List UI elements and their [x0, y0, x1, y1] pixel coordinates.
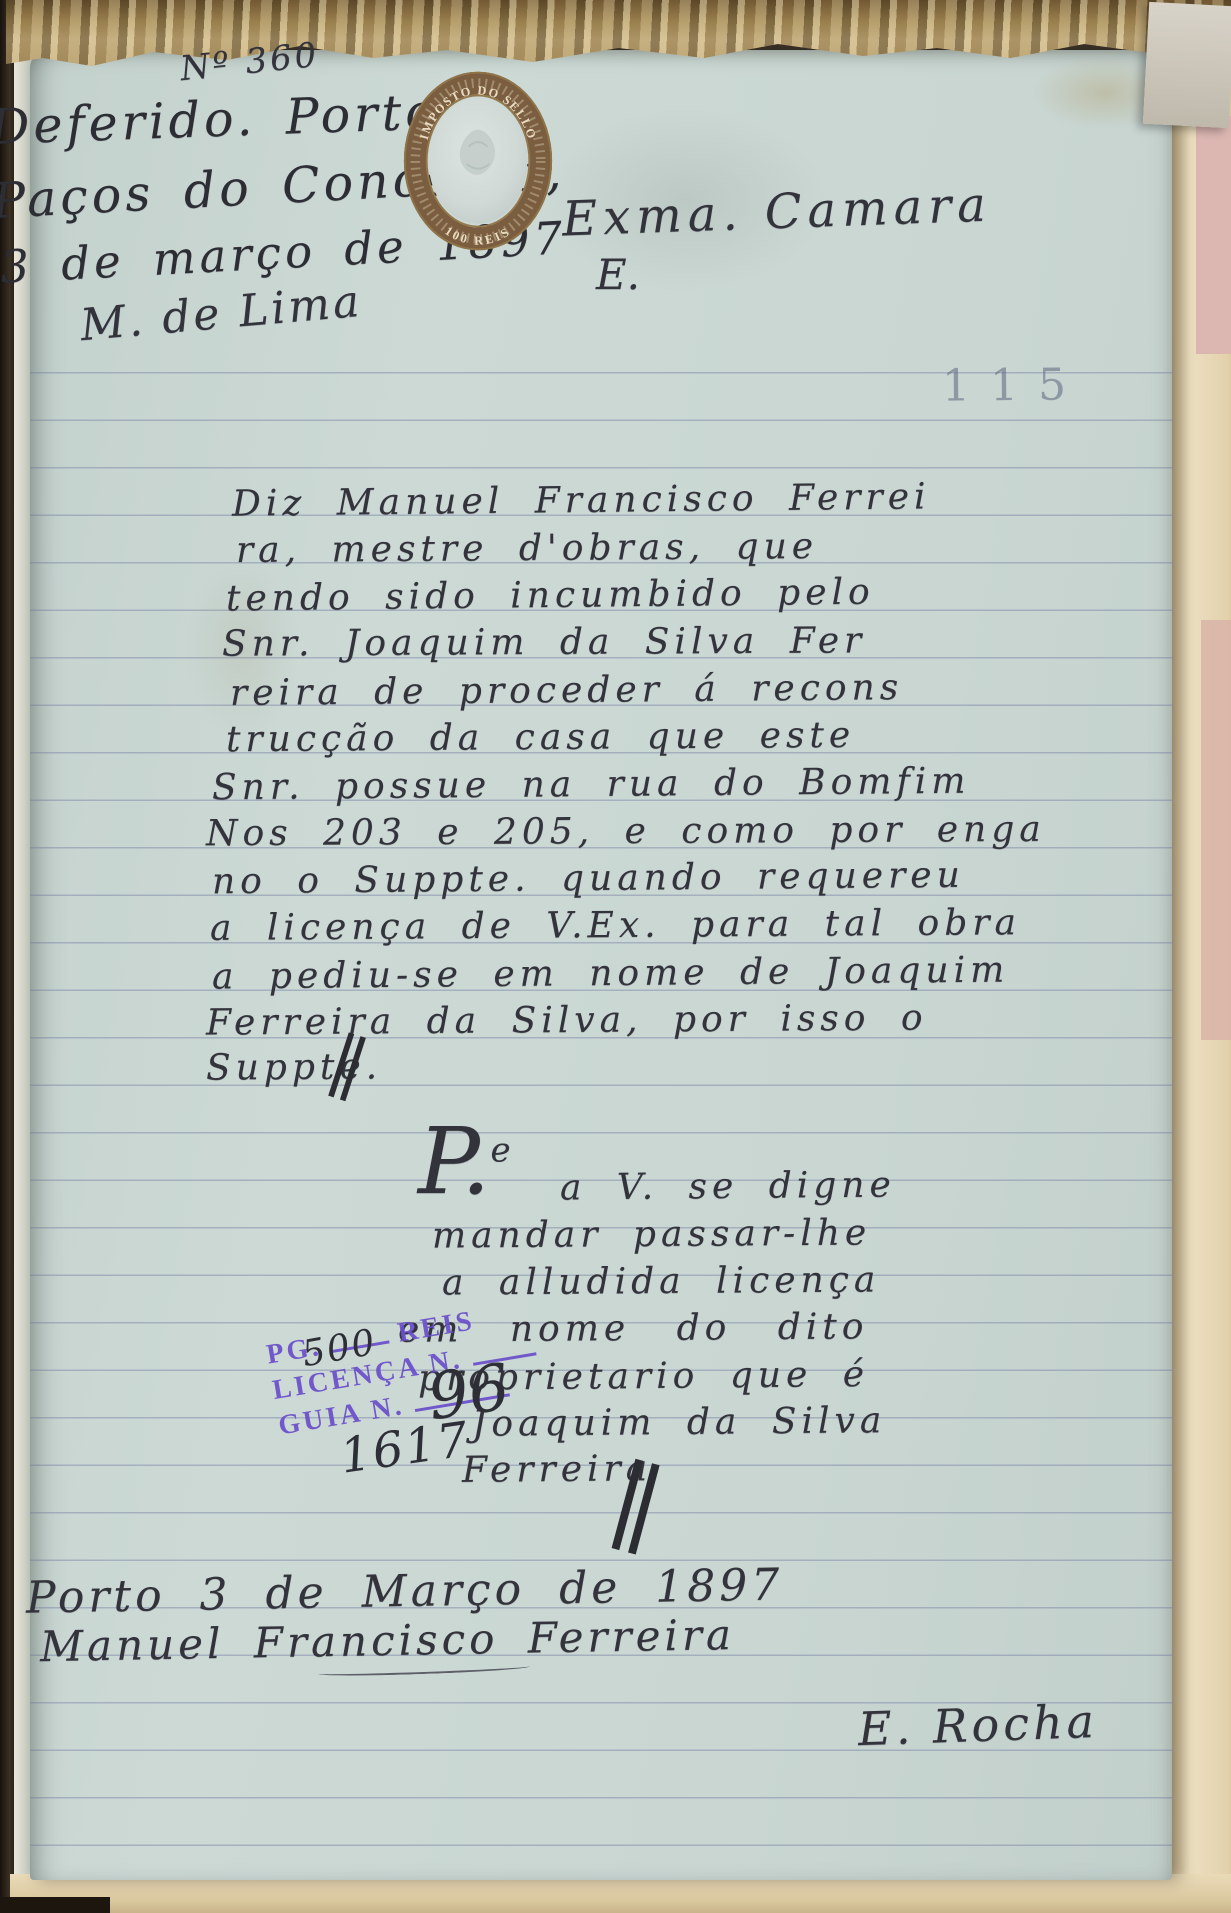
- body-line: trucção da casa que este: [226, 715, 856, 760]
- page-content: Nº 360 Deferido. Porto e Paços do Concel…: [0, 0, 1231, 1913]
- petition-initial-superscript: e: [491, 1130, 511, 1170]
- addressee-sub: E.: [596, 250, 640, 299]
- body-line: Ferreira da Silva, por isso o: [206, 997, 928, 1043]
- embossed-seal-imposto-do-sello: IMPOSTO DO SELLO 100 REIS: [402, 70, 554, 252]
- body-line: no o Suppte. quando requereu: [212, 855, 965, 903]
- body-line: Snr. possue na rua do Bomfim: [212, 761, 971, 809]
- body-line: a licença de V.Ex. para tal obra: [210, 902, 1021, 949]
- body-line: a pediu-se em nome de Joaquim: [212, 950, 1010, 998]
- petition-initial: P.e: [418, 1108, 511, 1215]
- dispatch-process-number: Nº 360: [178, 35, 321, 89]
- scanned-document-page: Nº 360 Deferido. Porto e Paços do Concel…: [0, 0, 1231, 1913]
- body-line: Snr. Joaquim da Silva Fer: [222, 620, 867, 664]
- body-line: reira de proceder á recons: [230, 667, 904, 714]
- petition-line: a V. se digne: [560, 1165, 896, 1209]
- body-line: ra, mestre d'obras, que: [236, 526, 818, 571]
- body-line: Nos 203 e 205, e como por enga: [206, 809, 1046, 854]
- petition-initial-letter: P.: [418, 1108, 491, 1215]
- body-line: Diz Manuel Francisco Ferrei: [232, 476, 931, 524]
- petition-line: Joaquim da Silva: [472, 1400, 887, 1445]
- body-line: tendo sido incumbido pelo: [226, 572, 875, 620]
- addressee-line: Exma. Camara: [561, 177, 992, 248]
- folio-number-stamp: 115: [942, 359, 1086, 411]
- petition-line: mandar passar-lhe: [432, 1212, 872, 1256]
- clerk-mark: E. Rocha: [857, 1694, 1099, 1756]
